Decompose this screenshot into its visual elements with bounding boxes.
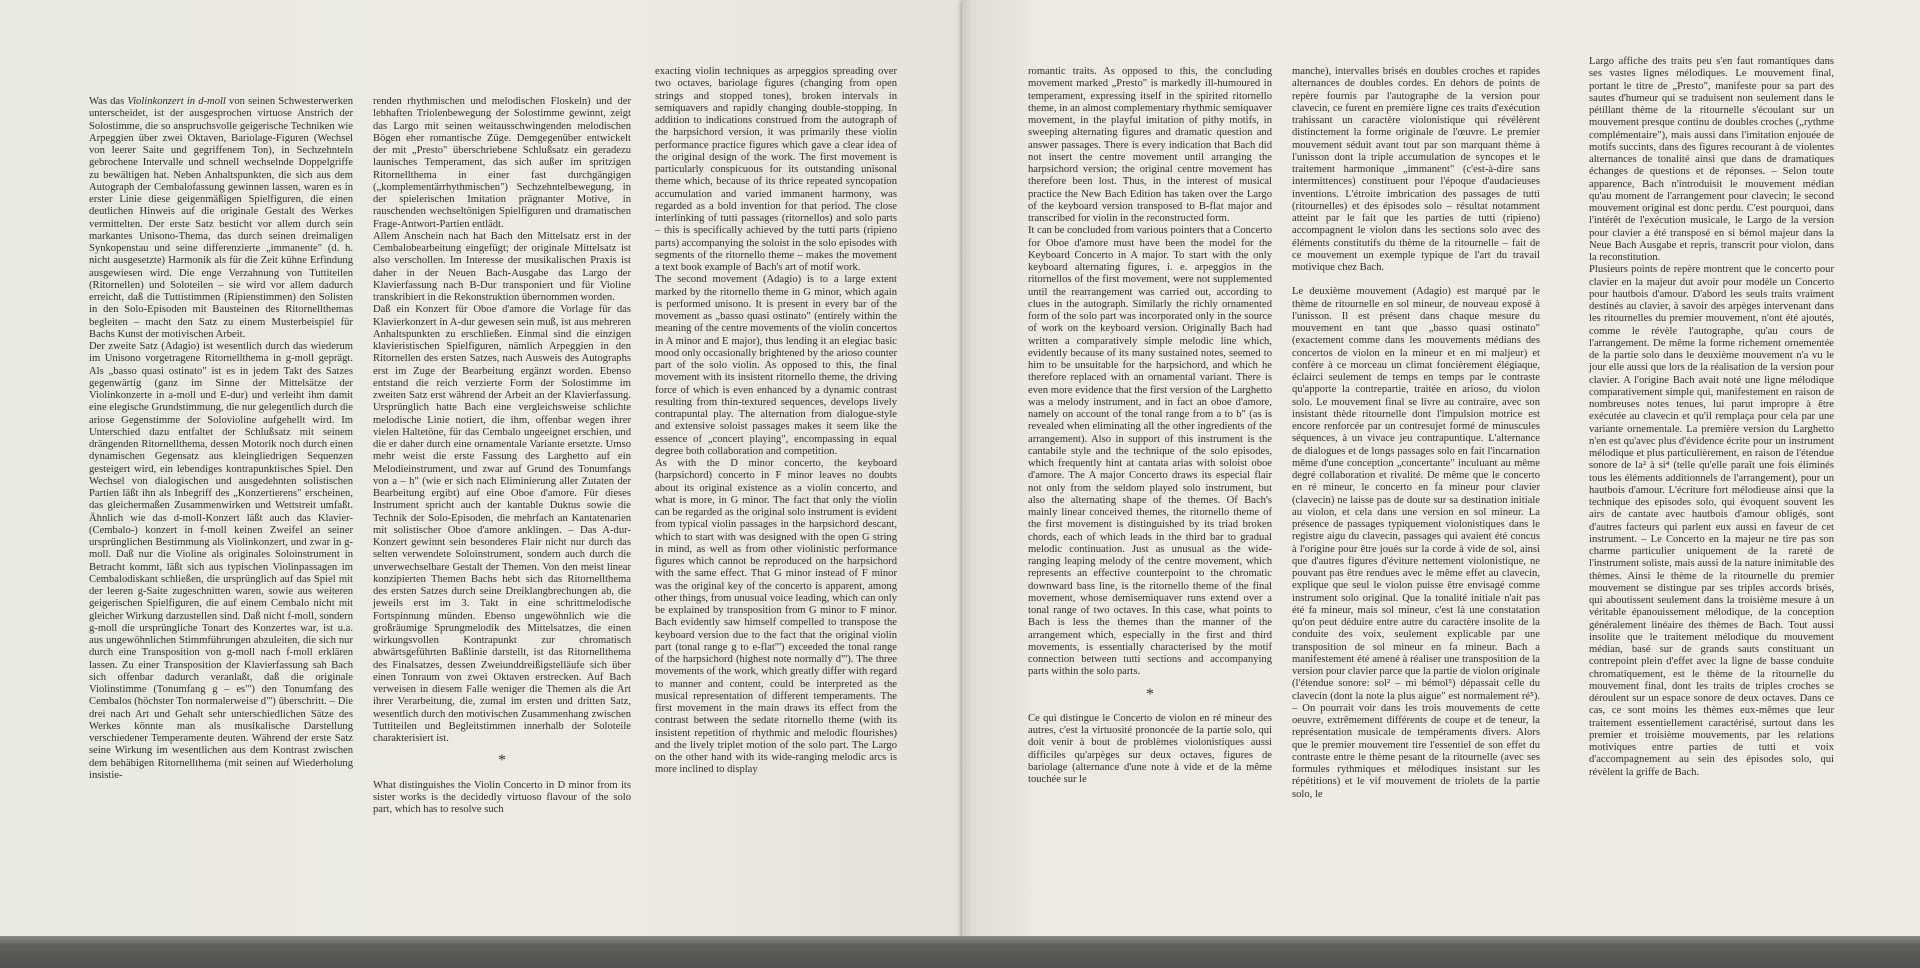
text-column-6-french: Largo affiche des traits peu s'en faut r… bbox=[1589, 56, 1834, 779]
paragraph: Plusieurs points de repère montrent que … bbox=[1589, 264, 1834, 779]
paragraph: romantic traits. As opposed to this, the… bbox=[1028, 66, 1272, 225]
paragraph: Largo affiche des traits peu s'en faut r… bbox=[1589, 56, 1834, 264]
paragraph: Le deuxième mouvement (Adagio) est marqu… bbox=[1292, 286, 1540, 801]
paragraph: Der zweite Satz (Adagio) ist wesentlich … bbox=[89, 341, 353, 782]
paragraph: exacting violin techniques as arpeggios … bbox=[655, 66, 897, 274]
text-column-5-french: manche), intervalles brisés en doubles c… bbox=[1292, 66, 1540, 801]
paragraph: renden rhythmischen und melodischen Flos… bbox=[373, 96, 631, 231]
paragraph-english-start: What distinguishes the Violin Concerto i… bbox=[373, 780, 631, 817]
paragraph: Allem Anschein nach hat Bach den Mittels… bbox=[373, 231, 631, 305]
text-column-3-english: exacting violin techniques as arpeggios … bbox=[655, 66, 897, 777]
text-column-4-english: romantic traits. As opposed to this, the… bbox=[1028, 66, 1272, 786]
table-surface-bottom bbox=[0, 936, 1920, 968]
gatefold-spine bbox=[955, 0, 971, 938]
section-separator-asterisk: * bbox=[1028, 689, 1272, 701]
italic-title: Violinkonzert in d-moll bbox=[127, 96, 225, 107]
paragraph: manche), intervalles brisés en doubles c… bbox=[1292, 66, 1540, 274]
paragraph-french-start: Ce qui distingue le Concerto de violon e… bbox=[1028, 713, 1272, 787]
paragraph: Was das Violinkonzert in d-moll von sein… bbox=[89, 96, 353, 341]
paragraph: It can be concluded from various pointer… bbox=[1028, 225, 1272, 678]
paragraph-text: von seinen Schwesterwerken unterscheidet… bbox=[89, 96, 353, 340]
paragraph: The second movement (Adagio) is to a lar… bbox=[655, 274, 897, 458]
section-separator-asterisk: * bbox=[373, 755, 631, 767]
paragraph: As with the D minor concerto, the keyboa… bbox=[655, 458, 897, 777]
text-column-2-german: renden rhythmischen und melodischen Flos… bbox=[373, 96, 631, 816]
paragraph: Daß ein Konzert für Oboe d'amore die Vor… bbox=[373, 304, 631, 745]
text-column-1-german: Was das Violinkonzert in d-moll von sein… bbox=[89, 96, 353, 782]
